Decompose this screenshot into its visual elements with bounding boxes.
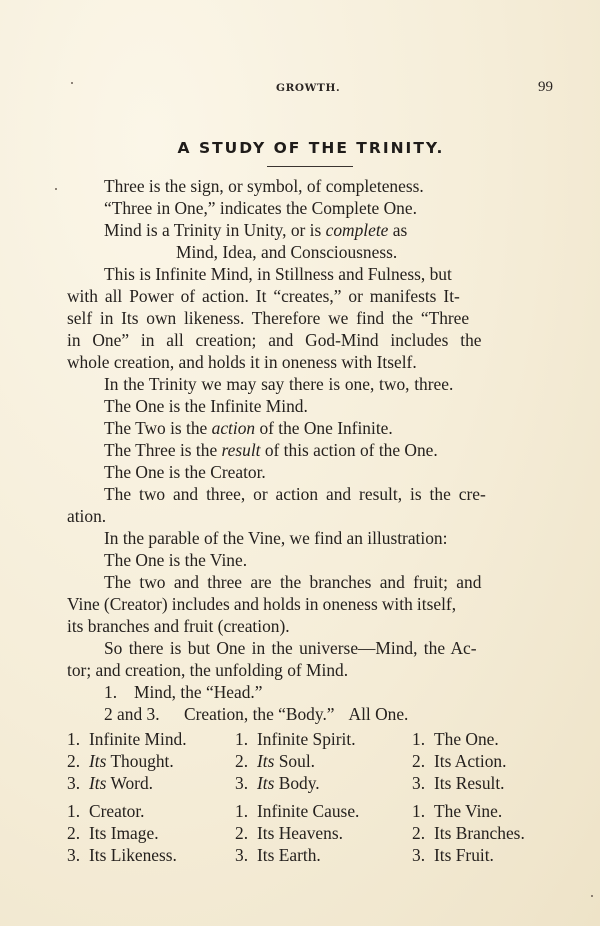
item-text: Creator. — [89, 801, 145, 821]
item-text: Infinite Cause. — [257, 801, 359, 821]
item-number: 1. — [412, 800, 434, 822]
item-text: Its Earth. — [257, 845, 321, 865]
item-number: 1. — [104, 681, 134, 703]
list-item: 2.Its Heavens. — [235, 822, 412, 844]
text-run: of this action of the One. — [260, 440, 437, 460]
list-item: 3.Its Result. — [412, 772, 567, 794]
paragraph-line: ation. — [67, 505, 555, 527]
book-page: GROWTH. 99 A STUDY OF THE TRINITY. Three… — [0, 0, 600, 926]
body-text: Three is the sign, or symbol, of complet… — [67, 175, 555, 725]
item-text: Its Result. — [434, 773, 505, 793]
paragraph-line: The One is the Infinite Mind. — [67, 395, 555, 417]
list-item: 1.Infinite Spirit. — [235, 728, 412, 750]
paragraph-line: self in Its own likeness. Therefore we f… — [67, 307, 555, 329]
list-item: 2.Its Soul. — [235, 750, 412, 772]
item-text: Its Likeness. — [89, 845, 177, 865]
item-text: Its Fruit. — [434, 845, 494, 865]
list-item: 3.Its Body. — [235, 772, 412, 794]
list-item: 3.Its Fruit. — [412, 844, 567, 866]
running-title: GROWTH. — [276, 82, 340, 94]
paragraph-line: The One is the Creator. — [67, 461, 555, 483]
list-item: 1.The One. — [412, 728, 567, 750]
item-text: Body. — [274, 773, 319, 793]
paragraph-line: This is Infinite Mind, in Stillness and … — [67, 263, 555, 285]
paragraph-line: with all Power of action. It “creates,” … — [67, 285, 555, 307]
page-number: 99 — [538, 79, 553, 96]
list-item: 3.Its Word. — [67, 772, 235, 794]
item-text: Soul. — [274, 751, 315, 771]
list-item: 2.Its Thought. — [67, 750, 235, 772]
list-column: 1.Infinite Mind. 2.Its Thought. 3.Its Wo… — [67, 728, 235, 794]
paragraph-line: whole creation, and holds it in oneness … — [67, 351, 555, 373]
list-column: 1.Infinite Spirit. 2.Its Soul. 3.Its Bod… — [235, 728, 412, 794]
item-text: Infinite Mind. — [89, 729, 187, 749]
list-column: 1.The One. 2.Its Action. 3.Its Result. — [412, 728, 567, 794]
item-number: 2. — [67, 750, 89, 772]
item-number: 1. — [67, 728, 89, 750]
item-number: 3. — [235, 844, 257, 866]
list-item: 1.The Vine. — [412, 800, 567, 822]
item-text: Infinite Spirit. — [257, 729, 356, 749]
list-item: 3.Its Likeness. — [67, 844, 235, 866]
item-text: Its Image. — [89, 823, 159, 843]
text-run: The Two is the — [104, 418, 212, 438]
numbered-line: 1.Mind, the “Head.” — [67, 681, 555, 703]
paragraph-line: Three is the sign, or symbol, of complet… — [67, 175, 555, 197]
item-text: Its Heavens. — [257, 823, 343, 843]
paragraph-line: In the Trinity we may say there is one, … — [67, 373, 555, 395]
item-number: 3. — [235, 772, 257, 794]
paper-speck — [55, 188, 57, 190]
item-number: 2. — [412, 822, 434, 844]
running-header: GROWTH. 99 — [0, 82, 600, 102]
list-item: 2.Its Branches. — [412, 822, 567, 844]
emphasis-text: Its — [257, 751, 274, 771]
item-number: 1. — [412, 728, 434, 750]
paragraph-line: The two and three are the branches and f… — [67, 571, 555, 593]
item-number: 2. — [67, 822, 89, 844]
paragraph-line: The Three is the result of this action o… — [67, 439, 555, 461]
list-column: 1.Creator. 2.Its Image. 3.Its Likeness. — [67, 800, 235, 866]
item-tail: All One. — [349, 704, 409, 724]
item-number: 3. — [412, 772, 434, 794]
emphasis-text: complete — [326, 220, 389, 240]
paragraph-line: in One” in all creation; and God-Mind in… — [67, 329, 555, 351]
list-item: 3.Its Earth. — [235, 844, 412, 866]
text-run: The Three is the — [104, 440, 222, 460]
title-underline-rule — [267, 166, 353, 167]
item-number: 2. — [412, 750, 434, 772]
paragraph-line: tor; and creation, the unfolding of Mind… — [67, 659, 555, 681]
list-item: 2.Its Action. — [412, 750, 567, 772]
emphasis-text: Its — [257, 773, 274, 793]
paragraph-line: So there is but One in the universe—Mind… — [67, 637, 555, 659]
numbered-line: 2 and 3.Creation, the “Body.”All One. — [67, 703, 555, 725]
paragraph-line: The One is the Vine. — [67, 549, 555, 571]
item-text: Its Branches. — [434, 823, 525, 843]
paragraph-line: its branches and fruit (creation). — [67, 615, 555, 637]
emphasis-text: Its — [89, 773, 106, 793]
item-number: 2. — [235, 750, 257, 772]
trinity-lists: 1.Infinite Mind. 2.Its Thought. 3.Its Wo… — [67, 728, 567, 866]
item-number: 3. — [67, 844, 89, 866]
section-title: A STUDY OF THE TRINITY. — [0, 139, 600, 157]
paragraph-line: The Two is the action of the One Infinit… — [67, 417, 555, 439]
emphasis-text: action — [212, 418, 255, 438]
list-item: 1.Creator. — [67, 800, 235, 822]
emphasis-text: result — [222, 440, 261, 460]
item-number: 3. — [67, 772, 89, 794]
item-text: Word. — [106, 773, 153, 793]
item-text: Thought. — [106, 751, 173, 771]
list-item: 1.Infinite Mind. — [67, 728, 235, 750]
item-number: 1. — [235, 728, 257, 750]
paragraph-line: The two and three, or action and result,… — [67, 483, 555, 505]
text-run: of the One Infinite. — [255, 418, 393, 438]
list-group-1: 1.Infinite Mind. 2.Its Thought. 3.Its Wo… — [67, 728, 567, 794]
paragraph-line: Mind is a Trinity in Unity, or is comple… — [67, 219, 555, 241]
item-number: 1. — [235, 800, 257, 822]
item-text: Mind, the “Head.” — [134, 682, 262, 702]
paper-speck — [591, 895, 593, 897]
item-number: 3. — [412, 844, 434, 866]
text-run: as — [388, 220, 407, 240]
text-run: Mind is a Trinity in Unity, or is — [104, 220, 326, 240]
item-number: 2 and 3. — [104, 703, 184, 725]
emphasis-text: Its — [89, 751, 106, 771]
item-text: Its Action. — [434, 751, 506, 771]
item-text: The Vine. — [434, 801, 502, 821]
list-column: 1.The Vine. 2.Its Branches. 3.Its Fruit. — [412, 800, 567, 866]
paragraph-line: In the parable of the Vine, we find an i… — [67, 527, 555, 549]
paragraph-line: Mind, Idea, and Consciousness. — [67, 241, 555, 263]
item-number: 2. — [235, 822, 257, 844]
list-item: 1.Infinite Cause. — [235, 800, 412, 822]
paragraph-line: Vine (Creator) includes and holds in one… — [67, 593, 555, 615]
item-number: 1. — [67, 800, 89, 822]
paragraph-line: “Three in One,” indicates the Complete O… — [67, 197, 555, 219]
list-item: 2.Its Image. — [67, 822, 235, 844]
list-column: 1.Infinite Cause. 2.Its Heavens. 3.Its E… — [235, 800, 412, 866]
item-text: Creation, the “Body.” — [184, 704, 335, 724]
list-group-2: 1.Creator. 2.Its Image. 3.Its Likeness. … — [67, 800, 567, 866]
item-text: The One. — [434, 729, 499, 749]
